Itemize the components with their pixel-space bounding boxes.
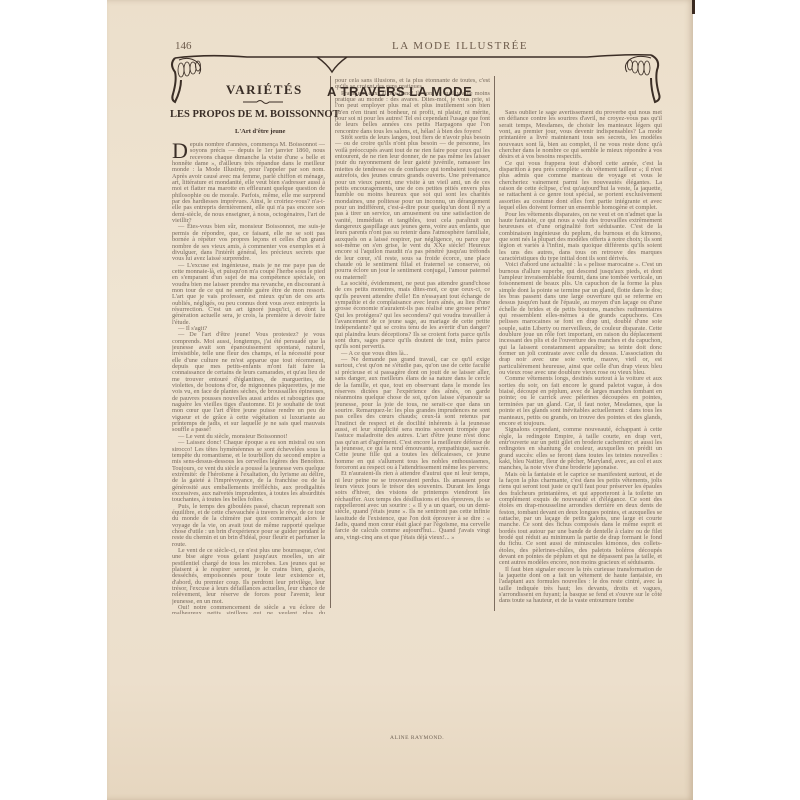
column-divider bbox=[330, 76, 331, 608]
paragraph: Sans oublier le sage avertissement du pr… bbox=[499, 110, 662, 161]
paragraph: Ce qui vous frappera tout d'abord cette … bbox=[499, 161, 662, 212]
magazine-page: 146 LA MODE ILLUSTRÉE VARIÉTÉS LES PROPO… bbox=[107, 0, 693, 800]
paragraph: Comme vêtements longs, destinés surtout … bbox=[499, 376, 662, 427]
fashion-article-title: A TRAVERS LA MODE bbox=[327, 84, 472, 99]
paragraph: La société, évidemment, ne peut pas atte… bbox=[335, 281, 490, 351]
paragraph: Sitôt sortis de leurs langes, tout fiers… bbox=[335, 135, 490, 281]
author-signature: ALINE RAYMOND. bbox=[390, 735, 444, 741]
article-subtitle: L'Art d'être jeune bbox=[235, 128, 285, 135]
column-divider bbox=[494, 76, 495, 611]
page-edge-shadow bbox=[692, 0, 695, 14]
article-column-2: pour cela sans illusions, et la plus éto… bbox=[335, 78, 490, 583]
paragraph: Le vent de ce siècle-ci, ce n'est plus u… bbox=[172, 548, 325, 605]
paragraph: Pour les vêtements disparates, on ne veu… bbox=[499, 212, 662, 263]
paragraph: — Laissez donc! Chaque époque a eu son m… bbox=[172, 440, 325, 503]
article-title: LES PROPOS DE M. BOISSONNOT bbox=[170, 109, 340, 120]
paragraph: Oui! notre commencement de siècle a vu é… bbox=[172, 605, 325, 614]
paragraph: Puis, le temps des giboulées passé, chac… bbox=[172, 504, 325, 548]
paragraph: — L'excuse est ingénieuse, mais je ne me… bbox=[172, 263, 325, 326]
paragraph: — Ne demande pas grand travail, car ce q… bbox=[335, 357, 490, 471]
paragraph: — De l'art d'être jeune! Vous protestez?… bbox=[172, 332, 325, 434]
paragraph: Mais où la fantaisie et le caprice se ma… bbox=[499, 472, 662, 567]
paragraph: Il faut bien signaler encore la très cur… bbox=[499, 567, 662, 605]
paragraph: Et n'auraient-ils rien à attendre d'autr… bbox=[335, 471, 490, 541]
section-title: VARIÉTÉS bbox=[226, 82, 303, 98]
paragraph: epuis nombre d'années, commença M. Boiss… bbox=[172, 142, 325, 224]
drop-cap: D bbox=[172, 142, 188, 160]
scroll-divider-icon bbox=[243, 99, 283, 105]
article-column-3: Sans oublier le sage avertissement du pr… bbox=[499, 110, 662, 610]
paragraph: Voici d'abord une actualité : la « pelis… bbox=[499, 262, 662, 376]
paragraph: Signalons cependant, comme nouveauté, éc… bbox=[499, 427, 662, 471]
paragraph: — Êtes-vous bien sûr, monsieur Boissonno… bbox=[172, 224, 325, 262]
article-column-1: Depuis nombre d'années, commença M. Bois… bbox=[172, 142, 325, 614]
